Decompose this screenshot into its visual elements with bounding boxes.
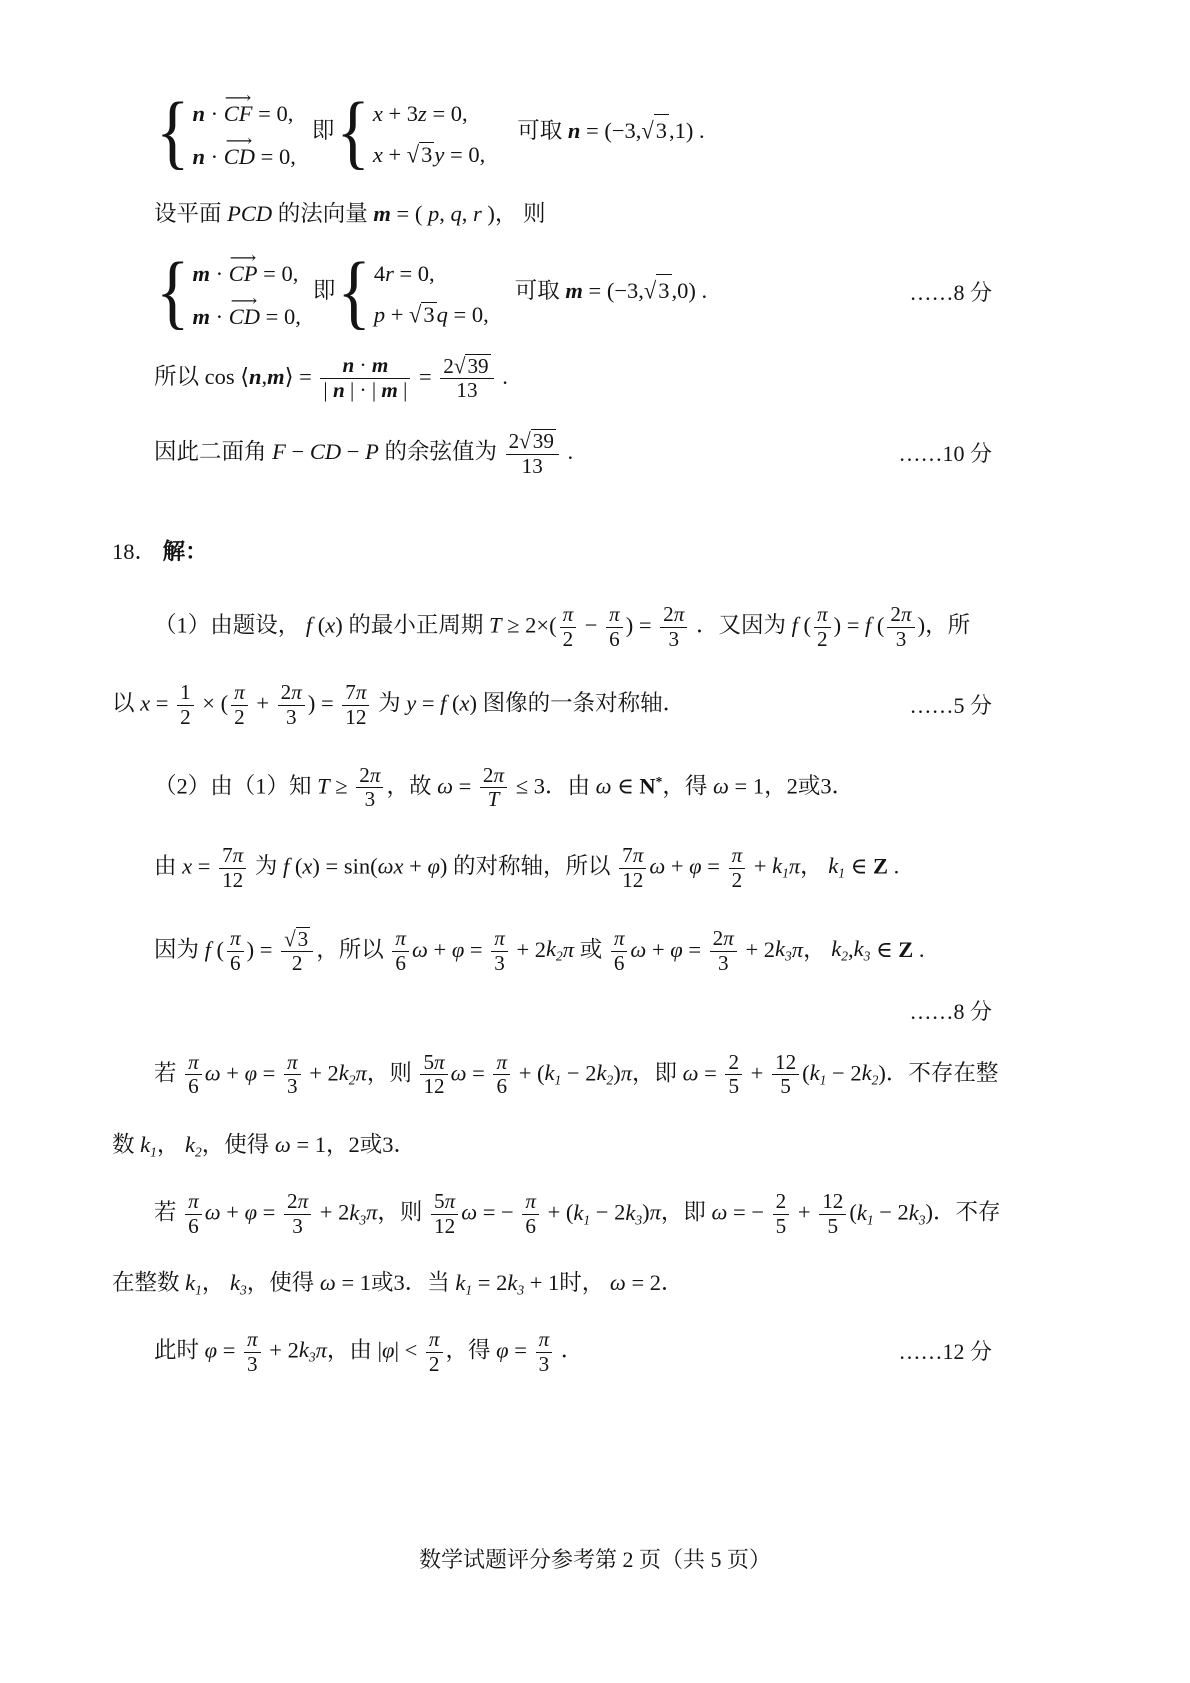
text-run: 3 (656, 118, 667, 143)
math-variable: ω (649, 853, 665, 878)
text-run: ，使得 (202, 1132, 275, 1157)
text-run: 3 (494, 951, 505, 975)
denominator: 3 (284, 1214, 311, 1239)
text-run: | · | (345, 378, 382, 402)
system-row: m · ⟶CD = 0, (192, 299, 300, 330)
case1-line: 若 π6ω + φ = π3 + 2k2π，则 5π12ω = π6 + (k1… (104, 1051, 1084, 1099)
text-run: ，即 (661, 1200, 712, 1225)
text-run: 5 (423, 1050, 434, 1074)
numerator: π (814, 603, 831, 627)
math-variable: π (298, 1189, 309, 1213)
text-run: ) 的对称轴，所以 (440, 853, 616, 878)
math-variable: z (418, 101, 427, 126)
subscript: 3 (785, 949, 792, 964)
radicand: 39 (531, 429, 556, 454)
fraction: 2√3913 (440, 354, 493, 403)
system-brace: { (156, 252, 189, 334)
vector-symbol: m (267, 363, 285, 388)
text-run: = 2． (626, 1270, 684, 1295)
text-run: 2 (817, 627, 828, 651)
text-run: 3 (287, 1074, 298, 1098)
text-run: 设平面 (154, 201, 227, 226)
math-variable: π (609, 602, 620, 626)
text-set-normal-m: 设平面 PCD 的法向量 m = ( p, q, r )， 则 (104, 198, 1084, 231)
vector-symbol: n (333, 378, 345, 402)
text-run: = 0, (444, 142, 485, 167)
subscripted-variable: k3 (349, 1200, 366, 1225)
text-run: − (341, 439, 365, 464)
text-run: ( (798, 612, 811, 637)
radicand: 3 (296, 927, 311, 952)
system-rows: x + 3z = 0,x + √3y = 0, (373, 98, 485, 169)
text-run: = (150, 691, 174, 716)
math-variable: π (563, 936, 574, 961)
text-run: + (383, 142, 407, 167)
math-variable: F (272, 439, 286, 464)
text-run: 3 (539, 1352, 550, 1376)
equation-system: {n · ⟶CF = 0,n · ⟶CD = 0, (156, 96, 296, 170)
denominator: 2 (177, 705, 194, 730)
radicand: 3 (421, 302, 436, 328)
subscripted-variable: k3 (854, 936, 871, 961)
text-run: )．不存在整 (878, 1060, 998, 1085)
math-variable: CD (310, 439, 341, 464)
fraction: 12 (177, 681, 194, 729)
text-run: = 0, (255, 144, 296, 169)
numerator: π (493, 1051, 510, 1075)
numerator: 2π (480, 764, 507, 788)
sub-base: k (230, 1270, 240, 1295)
sub-base: k (857, 1200, 867, 1225)
text-run: = (217, 1337, 241, 1362)
text-run: = (−3, (580, 118, 641, 143)
vector-with-arrow: ⟶CF (224, 102, 253, 127)
fraction: 2π3 (887, 603, 914, 651)
math-variable: x (373, 142, 383, 167)
text-run: = (257, 1060, 281, 1085)
math-variable: φ (670, 936, 682, 961)
math-variable: π (621, 1060, 632, 1085)
math-variable: ω (683, 1060, 699, 1085)
numerator: π (284, 1051, 301, 1075)
text-run: ≥ 2×( (502, 612, 557, 637)
text-run: ,1) . (669, 118, 705, 143)
text-run: 5 (827, 1214, 838, 1238)
text-run: ，得 (662, 773, 713, 798)
math-variable: ω (205, 1200, 221, 1225)
text-run: 12 (423, 1074, 444, 1098)
denominator: 2 (814, 627, 831, 652)
math-variable: x (373, 101, 383, 126)
math-variable: π (291, 680, 302, 704)
subscripted-variable: k1 (828, 853, 845, 878)
math-variable: ω (596, 773, 612, 798)
math-variable: π (494, 926, 505, 950)
math-variable: q (437, 302, 448, 327)
text-run: · (210, 261, 229, 286)
text-run: + (403, 853, 427, 878)
text-run: 3 (286, 705, 297, 729)
math-variable: π (356, 1060, 367, 1085)
numerator: π (231, 681, 248, 705)
text-run: 18． (112, 539, 163, 564)
numerator: 2π (284, 1190, 311, 1214)
math-variable: π (188, 1050, 199, 1074)
page-footer: 数学试题评分参考第 2 页（共 5 页） (0, 1543, 1190, 1574)
sub-base: k (573, 1200, 583, 1225)
system-rows: n · ⟶CF = 0,n · ⟶CD = 0, (192, 96, 295, 170)
subscripted-variable: k2 (596, 1060, 613, 1085)
text-run: = (464, 936, 488, 961)
subscript: 2 (349, 1073, 356, 1088)
math-variable: π (792, 936, 803, 961)
fraction: 25 (773, 1190, 790, 1238)
text-run: − 2 (561, 1060, 596, 1085)
text-run: ) (642, 1200, 650, 1225)
text-run: . (497, 363, 508, 388)
math-variable: ω (451, 1060, 467, 1085)
text-run: + 2 (314, 1200, 349, 1225)
subscript: 1 (195, 1282, 202, 1297)
fraction: π6 (611, 927, 628, 975)
denominator: 3 (244, 1352, 261, 1377)
text-run: + 2 (264, 1337, 299, 1362)
text-run: ，得 (446, 1337, 497, 1362)
numerator: π (536, 1328, 553, 1352)
text-run: = 2 (472, 1270, 507, 1295)
text-run: 2 (728, 1050, 739, 1074)
math-variable: π (525, 1189, 536, 1213)
fraction: π3 (284, 1051, 301, 1099)
denominator: 2 (281, 951, 313, 976)
text-run: + 2 (304, 1060, 339, 1085)
text-run: 3 (668, 627, 679, 651)
text-run: ≤ 3．由 (510, 773, 595, 798)
part1-period-line: （1）由题设， f (x) 的最小正周期 T ≥ 2×(π2 − π6) = 2… (104, 603, 1084, 651)
sub-base: k (185, 1270, 195, 1295)
denominator: 12 (619, 868, 646, 893)
text-run: )， 则 (482, 201, 546, 226)
fraction: π6 (392, 927, 409, 975)
text-run: 6 (230, 951, 241, 975)
math-variable: π (233, 843, 244, 867)
text-run: · (205, 144, 224, 169)
text-run: 6 (188, 1214, 199, 1238)
text-run: 或 (574, 936, 608, 961)
text-run: · (210, 304, 229, 329)
text-run: = (192, 853, 216, 878)
text-run: ≥ (330, 773, 354, 798)
part2-symmetry-axis: 由 x = 7π12 为 f (x) = sin(ωx + φ) 的对称轴，所以… (104, 844, 1084, 892)
numerator: n · m (320, 354, 410, 378)
radicand: 3 (419, 142, 434, 168)
sub-base: k (339, 1060, 349, 1085)
math-variable: ω (461, 1200, 477, 1225)
subscripted-variable: k1 (140, 1132, 157, 1157)
text-run: = 1或3．当 (336, 1270, 456, 1295)
text-run: + (646, 936, 670, 961)
sub-base: k (810, 1060, 820, 1085)
subscript: 1 (782, 866, 789, 881)
text-run: 数 (112, 1132, 140, 1157)
denominator: 6 (522, 1214, 539, 1239)
vector-symbol: m (373, 201, 391, 226)
numerator: π (244, 1328, 261, 1352)
score-marker: ……8 分 (909, 996, 992, 1028)
text-run: 为 (372, 691, 406, 716)
math-variable: ω (275, 1132, 291, 1157)
heading-question-18: 18． 解： (104, 536, 1084, 569)
text-run: ．又因为 (690, 612, 791, 637)
text-run: , (439, 201, 450, 226)
text-run: ⟩ = (285, 363, 318, 388)
denominator: T (480, 787, 507, 812)
text-run: = (453, 773, 477, 798)
math-variable: ω (205, 1060, 221, 1085)
fraction: n · m| n | · | m | (320, 354, 410, 402)
denominator: 3 (710, 951, 737, 976)
text-run: 12 (622, 868, 643, 892)
subscripted-variable: k3 (909, 1200, 926, 1225)
number-set-symbol: Z (873, 853, 888, 878)
numerator: π (185, 1051, 202, 1075)
vector-arrow-icon: ⟶ (226, 133, 253, 149)
math-variable: ω (610, 1270, 626, 1295)
numerator: 7π (219, 844, 246, 868)
text-run: ∈ (611, 773, 639, 798)
denominator: 12 (219, 868, 246, 893)
score-marker: ……8 分 (909, 277, 992, 309)
math-variable: π (817, 602, 828, 626)
fraction: π3 (491, 927, 508, 975)
score-8-line: ……8 分 (104, 996, 1084, 1029)
text-run: 13 (522, 454, 543, 478)
text-run: 2 (180, 705, 191, 729)
text-run: . (562, 439, 573, 464)
text-run: = (699, 1060, 723, 1085)
subscripted-variable: k3 (230, 1270, 247, 1295)
radical: √39 (454, 354, 491, 379)
denominator: 2 (729, 868, 746, 893)
text-run: · (205, 101, 224, 126)
numerator: 7π (342, 681, 369, 705)
radical-sign: √ (409, 303, 421, 329)
numerator: 2π (660, 603, 687, 627)
radical-sign: √ (284, 927, 296, 952)
text-run: 因为 (154, 936, 205, 961)
text-run: ，所以 (316, 936, 389, 961)
denominator: 6 (493, 1074, 510, 1099)
text-run: 3 (658, 278, 669, 303)
text-run: 若 (154, 1060, 182, 1085)
text-run: 2 (713, 926, 724, 950)
vector-arrow-icon: ⟶ (230, 250, 257, 266)
text-run: ) 的最小正周期 (335, 612, 489, 637)
math-variable: π (234, 680, 245, 704)
text-run: + (385, 302, 409, 327)
numerator: 2 (773, 1190, 790, 1214)
vector-symbol: m (372, 353, 388, 377)
text-run: 此时 (154, 1337, 205, 1362)
text-run: 2 (234, 705, 245, 729)
text-run: = 0, (448, 302, 489, 327)
text-run: 3 (247, 1352, 258, 1376)
denominator: 6 (227, 951, 244, 976)
math-variable: π (732, 843, 743, 867)
math-variable: q (450, 201, 461, 226)
answer-content: {n · ⟶CF = 0,n · ⟶CD = 0,即{x + 3z = 0,x … (104, 92, 1084, 1376)
text-run: 2 (890, 602, 901, 626)
equation-system: {4r = 0,p + √3q = 0, (337, 258, 488, 329)
math-variable: x (140, 691, 150, 716)
denominator: 6 (185, 1214, 202, 1239)
math-variable: π (633, 843, 644, 867)
text-run: 可取 (517, 118, 568, 143)
text-run: 6 (395, 951, 406, 975)
text-run: = (−3, (583, 278, 644, 303)
text-run: 7 (622, 843, 633, 867)
sub-base: k (349, 1200, 359, 1225)
numerator: π (606, 603, 623, 627)
denominator: 5 (772, 1074, 799, 1099)
math-variable: π (494, 763, 505, 787)
math-variable: π (395, 926, 406, 950)
math-variable: p (428, 201, 439, 226)
numerator: π (426, 1328, 443, 1352)
system-brace: { (337, 252, 370, 334)
text-run: 7 (222, 843, 233, 867)
numerator: 5π (431, 1190, 458, 1214)
text-run: ∈ (870, 936, 898, 961)
text-run: + 1时， (524, 1270, 610, 1295)
text-run: | < (394, 1337, 422, 1362)
numerator: 2π (356, 764, 383, 788)
denominator: 12 (420, 1074, 447, 1099)
text-run: 5 (780, 1074, 791, 1098)
math-variable: φ (205, 1337, 217, 1362)
math-variable: π (287, 1050, 298, 1074)
text-run: ) (613, 1060, 621, 1085)
text-run: 3 (423, 302, 434, 327)
number-set-symbol: N (639, 773, 655, 798)
vector-symbol: n (342, 353, 354, 377)
sub-base: k (775, 936, 785, 961)
text-run: . (913, 936, 924, 961)
numerator: π (729, 844, 746, 868)
text-run: ， (803, 936, 831, 961)
text-run: 2 (429, 1352, 440, 1376)
text-run: 5 (728, 1074, 739, 1098)
sub-base: k (546, 936, 556, 961)
vector-arrow-icon: ⟶ (225, 90, 252, 106)
case1-conclusion: 数 k1， k2，使得 ω = 1，2或3． (104, 1129, 1084, 1162)
text-run: = 0, (394, 261, 435, 286)
radical: √39 (519, 429, 556, 454)
fraction: 2π3 (278, 681, 305, 729)
numerator: π (227, 927, 244, 951)
math-variable: x (325, 612, 335, 637)
fraction: 125 (772, 1051, 799, 1099)
eq-system-normal-m: {m · ⟶CP = 0,m · ⟶CD = 0,即{4r = 0,p + √3… (104, 252, 1084, 334)
text-run: ,0) . (672, 278, 708, 303)
text-run: 即 (313, 278, 336, 303)
numerator: 12 (819, 1190, 846, 1214)
numerator: π (491, 927, 508, 951)
radical: √3 (407, 142, 435, 168)
fraction: 5π12 (420, 1051, 447, 1099)
math-variable: T (488, 787, 500, 811)
math-variable: ω (437, 773, 453, 798)
text-run: 1 (180, 680, 191, 704)
text-run: 3 (365, 787, 376, 811)
text-run: | (398, 378, 408, 402)
text-run: )．不存 (926, 1200, 1001, 1225)
subscripted-variable: k1 (772, 853, 789, 878)
text-run: ( (211, 936, 224, 961)
text-run: + (665, 853, 689, 878)
text-run: + 3 (383, 101, 418, 126)
math-variable: π (496, 1050, 507, 1074)
radicand: 39 (465, 354, 490, 379)
numerator: 2 (725, 1051, 742, 1075)
text-run: ( (849, 1200, 857, 1225)
text-run: 可取 (515, 278, 566, 303)
numerator: 12 (772, 1051, 799, 1075)
sub-base: k (507, 1270, 517, 1295)
heading-text: 解： (163, 539, 208, 564)
text-run: 12 (775, 1050, 796, 1074)
text-run: ( (446, 691, 459, 716)
subscripted-variable: k1 (455, 1270, 472, 1295)
text-run: 若 (154, 1200, 182, 1225)
denominator: 5 (819, 1214, 846, 1239)
text-run: − (286, 439, 310, 464)
subscripted-variable: k2 (862, 1060, 879, 1085)
text-run: + (748, 853, 772, 878)
text-run: 4 (374, 261, 385, 286)
subscript: 1 (150, 1145, 157, 1160)
math-variable: r (473, 201, 482, 226)
text-run: = (413, 363, 437, 388)
text-run: = 0, (258, 261, 299, 286)
system-row: m · ⟶CP = 0, (192, 256, 298, 287)
text-run: ) = sin( (312, 853, 377, 878)
system-row: x + 3z = 0, (373, 98, 468, 127)
text-run: 6 (609, 627, 620, 651)
text-run: = 1，2或3． (729, 773, 854, 798)
vector-arrow-icon: ⟶ (231, 293, 258, 309)
vector-with-arrow: ⟶CP (229, 262, 258, 287)
system-row: 4r = 0, (374, 258, 435, 287)
subscript: 2 (556, 949, 563, 964)
vector-symbol: m (192, 304, 210, 329)
score-marker: ……12 分 (898, 1336, 992, 1368)
text-run: ) = (834, 612, 865, 637)
text-run: 5 (434, 1189, 445, 1213)
denominator: 5 (773, 1214, 790, 1239)
text-run: 即 (312, 118, 335, 143)
radical: √3 (409, 302, 437, 328)
text-run: 39 (533, 429, 554, 453)
math-variable: T (317, 773, 330, 798)
math-variable: π (723, 926, 734, 950)
text-run: 3 (421, 142, 432, 167)
fraction: 25 (725, 1051, 742, 1099)
fraction: π6 (227, 927, 244, 975)
text-run: 12 (434, 1214, 455, 1238)
text-run: 2 (732, 868, 743, 892)
denominator: | n | · | m | (320, 378, 410, 403)
